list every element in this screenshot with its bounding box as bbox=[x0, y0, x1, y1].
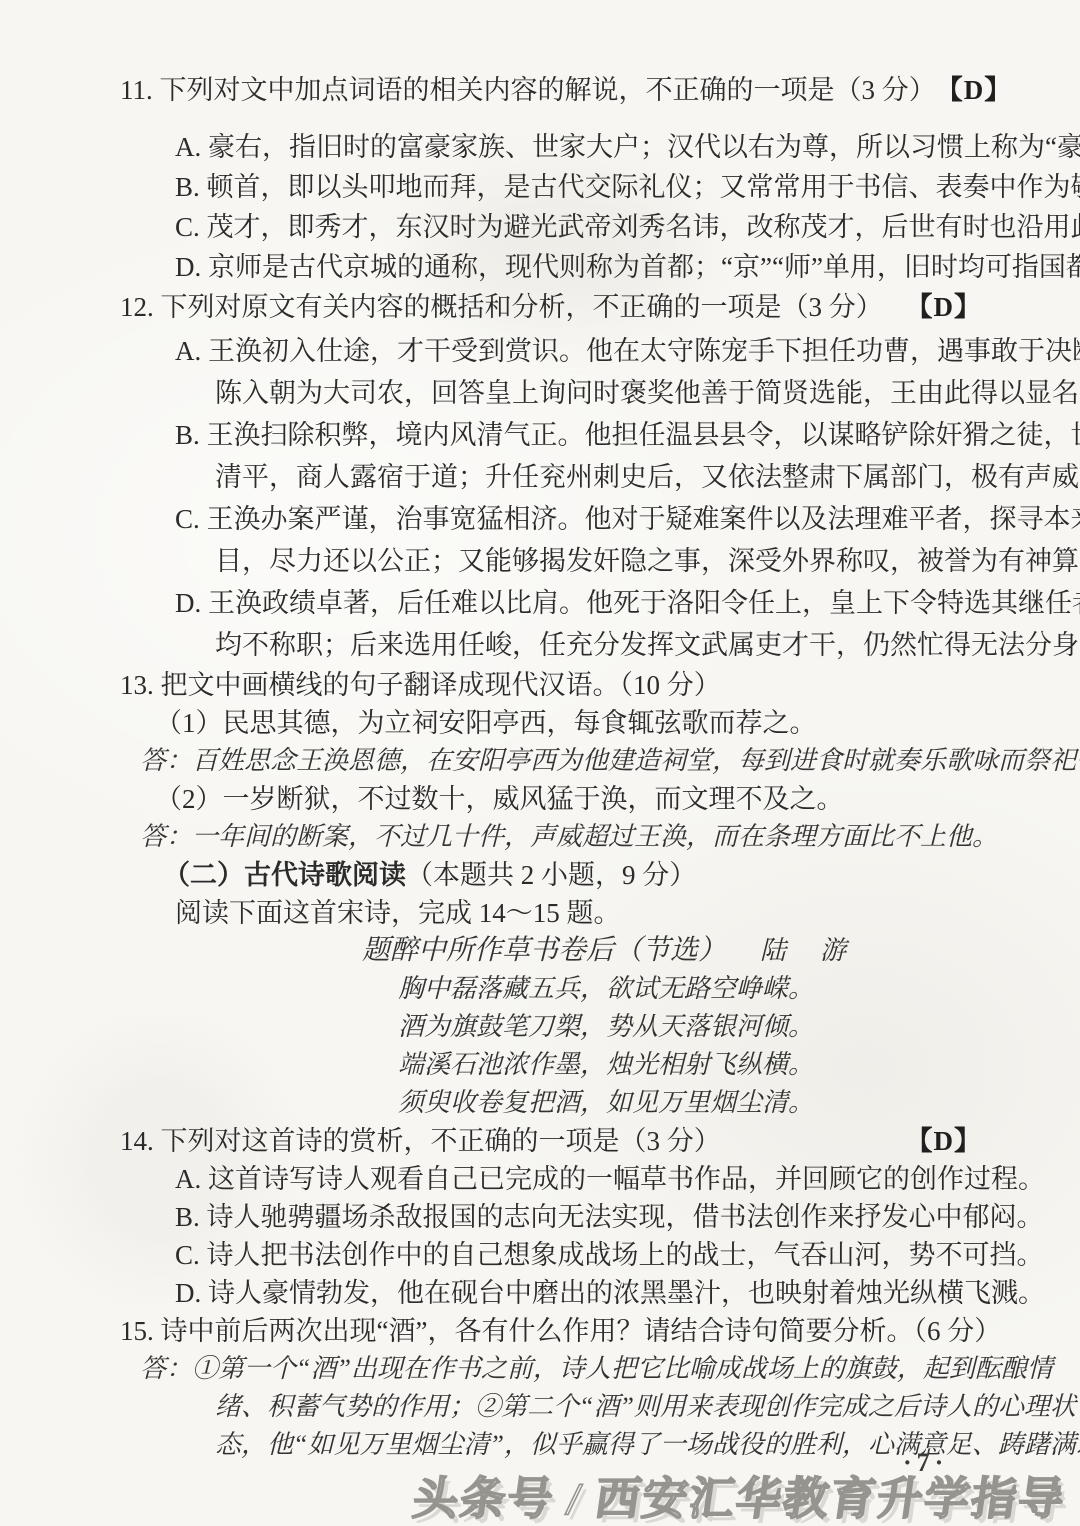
option-b-line2: 清平，商人露宿于道；升任兖州刺史后，又依法整肃下属部门，极有声威。 bbox=[215, 456, 982, 498]
question-14-answer-mark: 【D】 bbox=[906, 1122, 983, 1160]
poem-line: 酒为旗鼓笔刀槊，势从天落银河倾。 bbox=[230, 1008, 982, 1046]
option-a: A. 豪右，指旧时的富豪家族、世家大户；汉代以右为尊，所以习惯上称为“豪右”。 bbox=[175, 127, 982, 167]
question-12-options: A. 王涣初入仕途，才干受到赏识。他在太守陈宠手下担任功曹，遇事敢于决断； 陈入… bbox=[120, 330, 982, 666]
poem-title-line: 题醉中所作草书卷后（节选）陆 游 bbox=[230, 932, 982, 970]
question-13-answer-2: 答：一年间的断案，不过几十件，声威超过王涣，而在条理方面比不上他。 bbox=[140, 818, 982, 856]
section-2-heading-points: （本题共 2 小题，9 分） bbox=[406, 860, 696, 890]
section-2: （二）古代诗歌阅读（本题共 2 小题，9 分） 阅读下面这首宋诗，完成 14～1… bbox=[120, 856, 982, 932]
option-d-line1: D. 王涣政绩卓著，后任难以比肩。他死于洛阳令任上，皇上下令特选其继任者， bbox=[175, 582, 982, 624]
exam-page: 11. 下列对文中加点词语的相关内容的解说，不正确的一项是（3 分） 【D】 A… bbox=[0, 0, 1080, 1526]
option-d-line2: 均不称职；后来选用任峻，任充分发挥文武属吏才干，仍然忙得无法分身。 bbox=[215, 624, 982, 666]
question-15: 15. 诗中前后两次出现“酒”，各有什么作用？请结合诗句简要分析。（6 分） 答… bbox=[120, 1312, 982, 1464]
exam-content: 11. 下列对文中加点词语的相关内容的解说，不正确的一项是（3 分） 【D】 A… bbox=[120, 70, 982, 1464]
option-b: B. 顿首，即以头叩地而拜，是古代交际礼仪；又常常用于书信、表奏中作为敬辞。 bbox=[175, 167, 982, 207]
poem-title: 题醉中所作草书卷后（节选） bbox=[362, 935, 726, 966]
question-15-answer-line3: 态，他“如见万里烟尘清”，似乎赢得了一场战役的胜利，心满意足、踌躇满志。 bbox=[215, 1426, 982, 1464]
question-11-answer-mark: 【D】 bbox=[936, 70, 1013, 110]
option-a-line1: A. 王涣初入仕途，才干受到赏识。他在太守陈宠手下担任功曹，遇事敢于决断； bbox=[175, 330, 982, 372]
question-13-stem: 13. 把文中画横线的句子翻译成现代汉语。（10 分） bbox=[120, 666, 982, 704]
option-c: C. 诗人把书法创作中的自己想象成战场上的战士，气吞山河，势不可挡。 bbox=[175, 1236, 982, 1274]
question-14: 14. 下列对这首诗的赏析，不正确的一项是（3 分） 【D】 A. 这首诗写诗人… bbox=[120, 1122, 982, 1312]
poem-line: 端溪石池浓作墨，烛光相射飞纵横。 bbox=[230, 1046, 982, 1084]
question-13-answer-1: 答：百姓思念王涣恩德，在安阳亭西为他建造祠堂，每到进食时就奏乐歌咏而祭祀他。 bbox=[140, 742, 982, 780]
section-2-heading-title: （二）古代诗歌阅读 bbox=[163, 860, 406, 890]
option-c-line1: C. 王涣办案严谨，治事宽猛相济。他对于疑难案件以及法理难平者，探寻本来面 bbox=[175, 498, 982, 540]
question-15-stem: 15. 诗中前后两次出现“酒”，各有什么作用？请结合诗句简要分析。（6 分） bbox=[120, 1312, 982, 1350]
option-b: B. 诗人驰骋疆场杀敌报国的志向无法实现，借书法创作来抒发心中郁闷。 bbox=[175, 1198, 982, 1236]
question-15-answer-line2: 绪、积蓄气势的作用；②第二个“酒”则用来表现创作完成之后诗人的心理状 bbox=[215, 1388, 982, 1426]
question-12: 12. 下列对原文有关内容的概括和分析，不正确的一项是（3 分） 【D】 bbox=[120, 287, 982, 327]
poem-line: 胸中磊落藏五兵，欲试无路空峥嵘。 bbox=[230, 970, 982, 1008]
question-14-stem: 14. 下列对这首诗的赏析，不正确的一项是（3 分） bbox=[120, 1122, 721, 1160]
watermark: 头条号 / 西安汇华教育升学指导 bbox=[409, 1462, 1070, 1526]
question-11-stem: 11. 下列对文中加点词语的相关内容的解说，不正确的一项是（3 分） bbox=[120, 70, 936, 110]
option-c: C. 茂才，即秀才，东汉时为避光武帝刘秀名讳，改称茂才，后世有时也沿用此名。 bbox=[175, 207, 982, 247]
section-2-heading: （二）古代诗歌阅读（本题共 2 小题，9 分） bbox=[163, 856, 982, 894]
option-a-line2: 陈入朝为大司农，回答皇上询问时褒奖他善于简贤选能，王由此得以显名。 bbox=[215, 372, 982, 414]
question-15-answer-line1: 答：①第一个“酒”出现在作书之前，诗人把它比喻成战场上的旗鼓，起到酝酿情 bbox=[140, 1350, 982, 1388]
poem-author: 陆 游 bbox=[760, 936, 850, 965]
question-13-sentence-1: （1）民思其德，为立祠安阳亭西，每食辄弦歌而荐之。 bbox=[155, 704, 982, 742]
question-12-answer-mark: 【D】 bbox=[906, 287, 983, 327]
option-c-line2: 目，尽力还以公正；又能够揭发奸隐之事，深受外界称叹，被誉为有神算。 bbox=[215, 540, 982, 582]
poem: 题醉中所作草书卷后（节选）陆 游 胸中磊落藏五兵，欲试无路空峥嵘。 酒为旗鼓笔刀… bbox=[120, 932, 982, 1122]
question-13-sentence-2: （2）一岁断狱，不过数十，威风猛于涣，而文理不及之。 bbox=[155, 780, 982, 818]
section-2-intro: 阅读下面这首宋诗，完成 14～15 题。 bbox=[175, 894, 982, 932]
option-d: D. 京师是古代京城的通称，现代则称为首都；“京”“师”单用，旧时均可指国都。 bbox=[175, 247, 982, 287]
question-11-options: A. 豪右，指旧时的富豪家族、世家大户；汉代以右为尊，所以习惯上称为“豪右”。 … bbox=[120, 127, 982, 287]
option-b-line1: B. 王涣扫除积弊，境内风清气正。他担任温县县令，以谋略铲除奸猾之徒，世面 bbox=[175, 414, 982, 456]
question-11: 11. 下列对文中加点词语的相关内容的解说，不正确的一项是（3 分） 【D】 bbox=[120, 70, 982, 110]
option-d: D. 诗人豪情勃发，他在砚台中磨出的浓黑墨汁，也映射着烛光纵横飞溅。 bbox=[175, 1274, 982, 1312]
option-a: A. 这首诗写诗人观看自己已完成的一幅草书作品，并回顾它的创作过程。 bbox=[175, 1160, 982, 1198]
question-13: 13. 把文中画横线的句子翻译成现代汉语。（10 分） （1）民思其德，为立祠安… bbox=[120, 666, 982, 856]
question-12-stem: 12. 下列对原文有关内容的概括和分析，不正确的一项是（3 分） bbox=[120, 287, 883, 327]
poem-line: 须臾收卷复把酒，如见万里烟尘清。 bbox=[230, 1084, 982, 1122]
